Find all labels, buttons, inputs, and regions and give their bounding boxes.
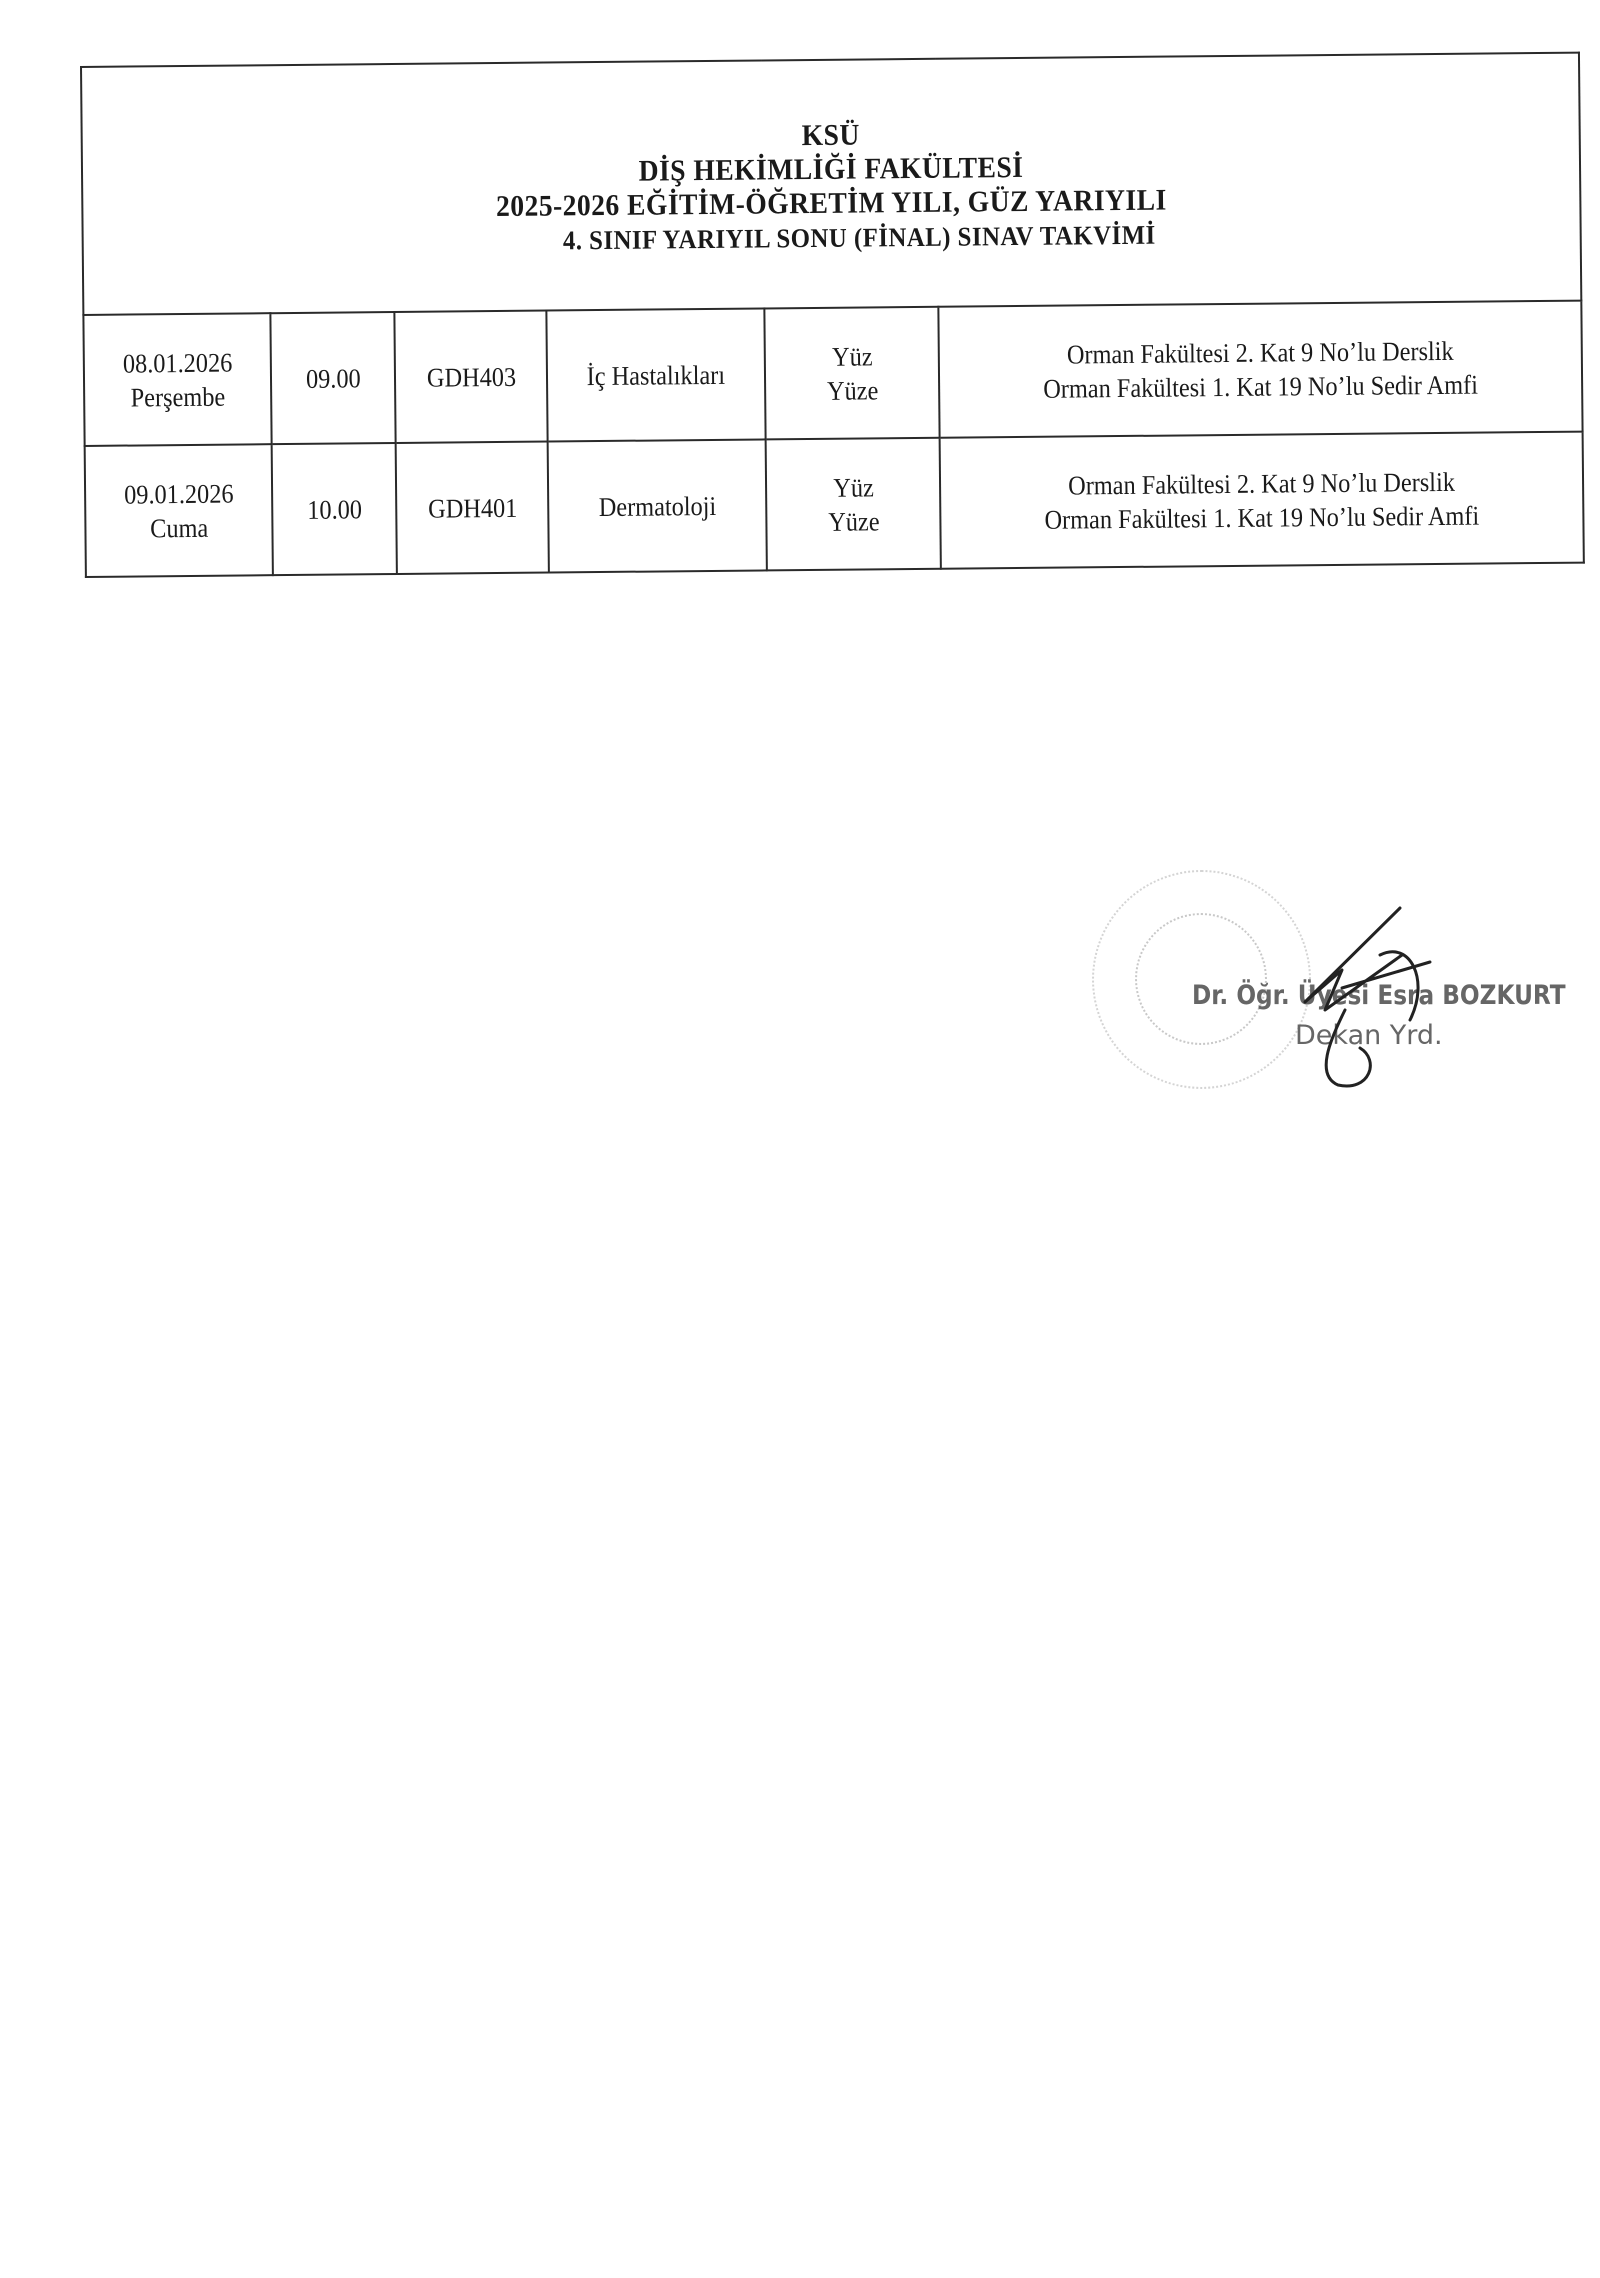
table-header-cell: KSÜ DİŞ HEKİMLİĞİ FAKÜLTESİ 2025-2026 EĞ… [81,53,1581,315]
handwritten-signature-icon [1080,860,1580,1130]
signature-block: Dr. Öğr. Üyesi Esra BOZKURT Dekan Yrd. [1080,860,1580,1130]
title-exam-calendar: 4. SINIF YARIYIL SONU (FİNAL) SINAV TAKV… [508,218,1156,258]
course-code-cell: GDH403 [394,311,547,443]
exam-date-cell: 09.01.2026Cuma [85,444,273,577]
title-faculty: DİŞ HEKİMLİĞİ FAKÜLTESİ [638,151,1023,189]
course-code-cell: GDH401 [396,442,549,574]
exam-time-cell: 09.00 [270,312,395,444]
course-name-cell: İç Hastalıkları [546,308,765,441]
exam-day: Cuma [150,512,208,543]
exam-date-cell: 08.01.2026Perşembe [83,313,271,446]
exam-schedule-table: KSÜ DİŞ HEKİMLİĞİ FAKÜLTESİ 2025-2026 EĞ… [80,52,1585,578]
exam-type-cell: YüzYüze [766,438,941,571]
course-name-cell: Dermatoloji [548,439,767,572]
exam-place-cell: Orman Fakültesi 2. Kat 9 No’lu DerslikOr… [938,301,1582,438]
exam-date: 08.01.2026 [123,347,233,378]
table-row: 09.01.2026Cuma 10.00 GDH401 Dermatoloji … [85,432,1584,577]
document-page: KSÜ DİŞ HEKİMLİĞİ FAKÜLTESİ 2025-2026 EĞ… [0,0,1600,2278]
table-header-row: KSÜ DİŞ HEKİMLİĞİ FAKÜLTESİ 2025-2026 EĞ… [81,53,1581,315]
exam-day: Perşembe [130,381,225,412]
exam-place-cell: Orman Fakültesi 2. Kat 9 No’lu DerslikOr… [940,432,1584,569]
title-university: KSÜ [801,119,859,154]
table-row: 08.01.2026Perşembe 09.00 GDH403 İç Hasta… [83,301,1582,446]
exam-time-cell: 10.00 [272,443,397,575]
exam-type-cell: YüzYüze [764,307,939,440]
document-title: KSÜ DİŞ HEKİMLİĞİ FAKÜLTESİ 2025-2026 EĞ… [142,106,1520,261]
exam-date: 09.01.2026 [124,478,234,509]
